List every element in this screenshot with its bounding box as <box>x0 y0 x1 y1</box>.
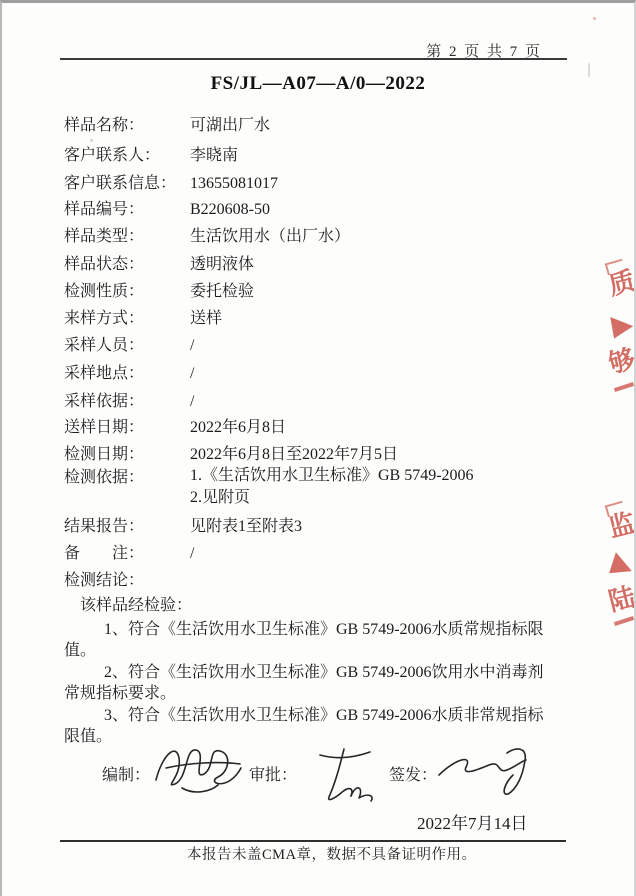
field-label: 检测依据： <box>64 465 190 491</box>
field-value: / <box>190 545 194 562</box>
field-label: 结果报告： <box>64 514 190 540</box>
field-row-contact-info: 客户联系信息：13655081017 <box>64 171 606 197</box>
field-label: 检测结论： <box>64 568 190 594</box>
field-label: 采样地点： <box>64 361 190 387</box>
document-code-title: FS/JL—A07—A/0—2022 <box>2 73 634 95</box>
field-label: 采样人员： <box>64 333 190 359</box>
approved-by-label: 审批： <box>249 766 297 786</box>
field-label: 送样日期： <box>64 415 190 441</box>
prepared-by-label: 编制： <box>102 766 150 786</box>
seal-character-fragment: 陆 <box>606 584 636 616</box>
conclusion-item: 1、符合《生活饮用水卫生标准》GB 5749-2006水质常规指标限值。 <box>64 619 546 662</box>
seal-arrow-fragment <box>610 313 635 338</box>
conclusion-items: 1、符合《生活饮用水卫生标准》GB 5749-2006水质常规指标限值。 2、符… <box>64 619 546 747</box>
conclusion-item: 2、符合《生活饮用水卫生标准》GB 5749-2006饮用水中消毒剂常规指标要求… <box>64 662 546 705</box>
issued-signature <box>435 739 543 803</box>
conclusion-intro: 该样品经检验： <box>80 596 192 616</box>
field-label: 客户联系信息： <box>64 171 190 197</box>
field-label: 样品状态： <box>64 252 190 278</box>
field-row-contact-person: 客户联系人：李晓南 <box>64 143 606 169</box>
scan-speck <box>593 17 596 20</box>
field-value: B220608-50 <box>190 201 270 218</box>
field-value: / <box>190 393 194 410</box>
footer-rule <box>60 840 566 842</box>
field-label: 样品名称： <box>64 113 190 139</box>
seal-dash-fragment <box>614 616 634 626</box>
field-row-sample-name: 样品名称：可湖出厂水 <box>64 113 606 139</box>
field-row-sample-delivery: 来样方式：送样 <box>64 306 606 332</box>
field-label: 备 注： <box>64 541 190 567</box>
field-value-line2: 2.见附页 <box>190 487 474 509</box>
field-value: 2022年6月8日至2022年7月5日 <box>190 446 398 463</box>
field-value: 送样 <box>190 310 222 327</box>
field-value-group: 1.《生活饮用水卫生标准》GB 5749-20062.见附页 <box>190 465 474 508</box>
seal-arrow-fragment <box>609 552 636 579</box>
field-row-test-nature: 检测性质：委托检验 <box>64 279 606 305</box>
field-value: 见附表1至附表3 <box>190 518 302 535</box>
header-rule <box>60 58 567 60</box>
footer-disclaimer: 本报告未盖CMA章，数据不具备证明作用。 <box>187 846 477 864</box>
scan-smudge <box>588 63 590 77</box>
field-value-line1: 1.《生活饮用水卫生标准》GB 5749-2006 <box>190 465 474 487</box>
seal-dash-fragment <box>614 382 634 392</box>
field-row-test-basis: 检测依据：1.《生活饮用水卫生标准》GB 5749-20062.见附页 <box>64 465 606 508</box>
field-value: 可湖出厂水 <box>190 117 270 134</box>
field-label: 样品编号： <box>64 197 190 223</box>
field-row-sample-type: 样品类型：生活饮用水（出厂水） <box>64 224 606 250</box>
field-label: 客户联系人： <box>64 143 190 169</box>
field-label: 来样方式： <box>64 306 190 332</box>
seal-character-fragment: 监 <box>606 510 636 542</box>
approved-signature <box>298 745 383 803</box>
scan-speck <box>90 139 93 142</box>
issued-by-label: 签发： <box>389 766 437 786</box>
field-row-sample-id: 样品编号：B220608-50 <box>64 197 606 223</box>
seal-character-fragment: 够 <box>606 346 636 378</box>
signoff-date: 2022年7月14日 <box>417 814 528 834</box>
field-label: 样品类型： <box>64 224 190 250</box>
field-row-remark: 备 注：/ <box>64 541 606 567</box>
field-label: 采样依据： <box>64 389 190 415</box>
field-label: 检测性质： <box>64 279 190 305</box>
field-value: 生活饮用水（出厂水） <box>190 228 350 245</box>
field-row-sample-state: 样品状态：透明液体 <box>64 252 606 278</box>
scanned-report-page: 第 2 页 共 7 页 FS/JL—A07—A/0—2022 样品名称：可湖出厂… <box>0 0 636 896</box>
field-value: 13655081017 <box>190 175 278 192</box>
seal-character-fragment: 质 <box>606 268 636 300</box>
field-value: / <box>190 337 194 354</box>
field-value: / <box>190 365 194 382</box>
field-row-conclusion-label: 检测结论： <box>64 568 606 594</box>
prepared-signature <box>148 738 248 800</box>
field-row-result-report: 结果报告：见附表1至附表3 <box>64 514 606 540</box>
field-value: 委托检验 <box>190 283 254 300</box>
field-value: 李晓南 <box>190 147 238 164</box>
field-row-sampling-site: 采样地点：/ <box>64 361 606 387</box>
field-value: 2022年6月8日 <box>190 419 286 436</box>
field-value: 透明液体 <box>190 256 254 273</box>
field-row-sampling-staff: 采样人员：/ <box>64 333 606 359</box>
field-row-sampling-basis: 采样依据：/ <box>64 389 606 415</box>
field-row-delivery-date: 送样日期：2022年6月8日 <box>64 415 606 441</box>
